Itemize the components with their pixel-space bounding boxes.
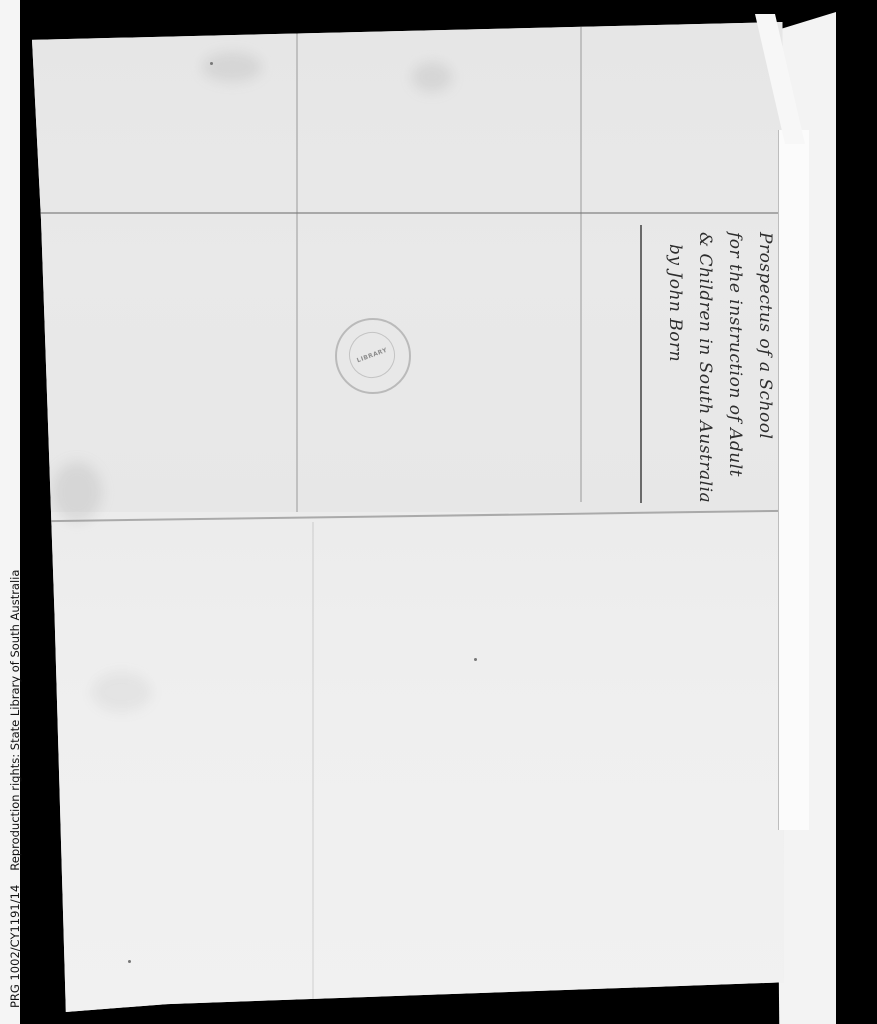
reference-number: PRG 1002/CY1191/14 <box>8 885 22 1008</box>
scan-border-right <box>836 10 877 1024</box>
docket-line-2: for the instruction of Adult <box>720 232 750 502</box>
fold-line-vertical-1 <box>296 30 298 512</box>
smudge <box>52 462 102 522</box>
docket-line-4: by John Born <box>660 232 690 502</box>
sheet-lower-panel <box>32 512 784 1012</box>
docket-inscription: Prospectus of a School for the instructi… <box>648 232 780 502</box>
speck <box>128 960 131 963</box>
fold-line-vertical-2 <box>580 26 582 502</box>
rights-statement: Reproduction rights: State Library of So… <box>8 570 22 871</box>
fold-line-horizontal-upper <box>38 212 778 214</box>
docket-line-3: & Children in South Australia <box>690 232 720 502</box>
smudge <box>202 52 262 82</box>
document-sheet <box>32 22 784 1012</box>
stamp-text: LIBRARY <box>356 346 388 364</box>
smudge <box>412 62 452 92</box>
speck <box>474 658 477 661</box>
caption-strip: PRG 1002/CY1191/14Reproduction rights: S… <box>0 0 20 1024</box>
docket-line-1: Prospectus of a School <box>750 232 780 502</box>
library-stamp: LIBRARY <box>335 318 411 394</box>
speck <box>210 62 213 65</box>
mount-strip-inner <box>778 130 809 830</box>
caption-text: PRG 1002/CY1191/14Reproduction rights: S… <box>10 570 22 1008</box>
docket-rule-line <box>640 225 642 503</box>
smudge <box>92 672 152 712</box>
fold-line-vertical-lower <box>312 522 314 1002</box>
